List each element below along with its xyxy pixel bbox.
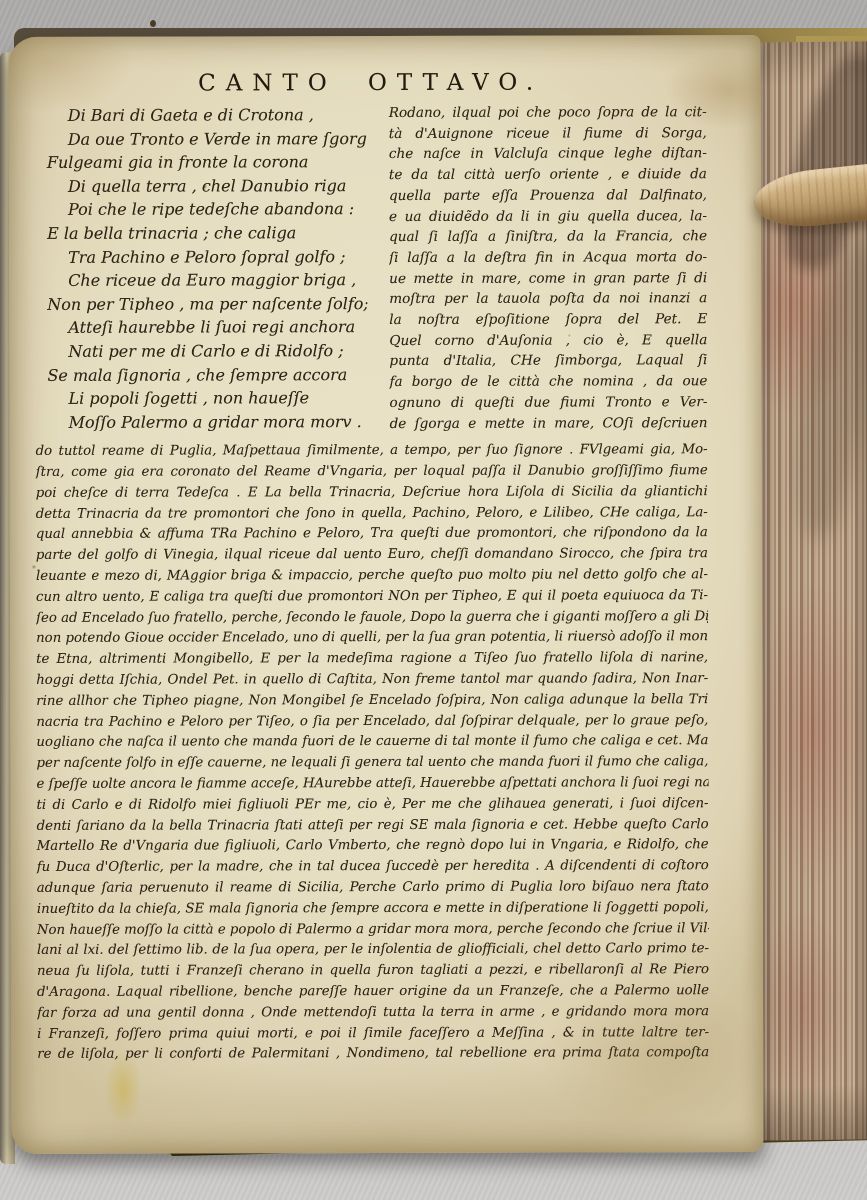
commentary-line: Non haueſſe moſſo la città e popolo di P… <box>37 919 709 942</box>
poem-line: Che riceue da Euro maggior briga , <box>35 268 367 292</box>
poem-line: Non per Tipheo , ma per naſcente ſolfo; <box>35 292 367 316</box>
commentary-line: re de liſola, per li conforti de Palermi… <box>37 1044 709 1067</box>
commentary-line: ti di Carlo e di Ridolfo miei figliuoli … <box>37 794 709 817</box>
commentary-line: do tuttol reame di Puglia, Maſpettaua ſi… <box>36 440 708 463</box>
commentary-line: inueſtito da la chieſa, SE mala ſignoria… <box>37 898 709 921</box>
poem-line: Di Bari di Gaeta e di Crotona , <box>35 103 367 127</box>
poem-column: Di Bari di Gaeta e di Crotona ,Da oue Tr… <box>35 103 368 434</box>
book-page: CANTO OTTAVO. Di Bari di Gaeta e di Crot… <box>9 35 764 1154</box>
photo-background: CANTO OTTAVO. Di Bari di Gaeta e di Crot… <box>0 0 867 1200</box>
commentary-line: i Franzeſi, foſſero prima quiui morti, e… <box>37 1023 709 1046</box>
commentary-line: denti ſariano da la bella Trinacria ſtat… <box>37 815 709 838</box>
poem-line: Da oue Tronto e Verde in mare ſgorga . <box>35 127 367 151</box>
gloss-column: Rodano, ilqual poi che poco ſopra de la … <box>389 102 708 434</box>
commentary-line: qual annebbia & affuma TRa Pachino e Pel… <box>36 524 708 547</box>
poem-line: Li popoli ſogetti , non haueſſe <box>35 386 367 410</box>
poem-line: Fulgeami gia in fronte la corona <box>35 150 367 174</box>
gloss-line: tà d'Auignone riceue il fiume di Sorga, <box>389 123 707 145</box>
commentary-line: hoggi detta Iſchia, Ondel Pet. in quello… <box>36 669 708 692</box>
gloss-line: fa borgo de le città che nomina , da oue <box>389 371 707 393</box>
gloss-line: te da tal città uerſo oriente , e diuide… <box>389 164 707 186</box>
commentary-line: fu Duca d'Oſterlic, per la madre, che in… <box>37 856 709 879</box>
gloss-line: ognuno di queſti due fiumi Tronto e Ver- <box>389 392 707 414</box>
poem-line: Di quella terra , chel Danubio riga <box>35 174 367 198</box>
commentary-line: Martello Re d'Vngaria due figliuoli, Car… <box>37 836 709 859</box>
commentary-line: e ſpeſſe uolte ancora le fiamme acceſe, … <box>36 773 708 796</box>
commentary-line: adunque ſaria peruenuto il reame di Sici… <box>37 877 709 900</box>
dust-speck <box>150 20 156 27</box>
commentary-line: leuante e mezo di, MAggior briga & impac… <box>36 565 708 588</box>
poem-line: Nati per me di Carlo e di Ridolfo ; <box>35 339 367 363</box>
page-text-block: CANTO OTTAVO. Di Bari di Gaeta e di Crot… <box>9 35 764 1154</box>
gloss-line: ue mette in mare, come in gran parte ſi … <box>389 268 707 290</box>
poem-line: Se mala ſignoria , che ſempre accora <box>35 363 367 387</box>
poem-line: Atteſi haurebbe li ſuoi regi anchora <box>35 315 367 339</box>
commentary-line: detta Trinacria da tre promontori che ſo… <box>36 503 708 526</box>
two-column-section: Di Bari di Gaeta e di Crotona ,Da oue Tr… <box>35 102 708 435</box>
poem-line: E la bella trinacria ; che caliga <box>35 221 367 245</box>
gloss-line: la noſtra eſpoſitione ſopra del Pet. E <box>389 309 707 331</box>
gloss-line: ſi laſſa a la deſtra fin in Acqua morta … <box>389 247 707 269</box>
gloss-line: punta d'Italia, CHe ſimborga, Laqual ſi <box>389 351 707 373</box>
commentary-block: do tuttol reame di Puglia, Maſpettaua ſi… <box>36 440 710 1066</box>
commentary-line: ſeo ad Encelado ſuo fratello, perche, ſe… <box>36 607 708 630</box>
commentary-line: nacria tra Pachino e Peloro per Tiſeo, o… <box>36 711 708 734</box>
commentary-line: te Etna, altrimenti Mongibello, E per la… <box>36 648 708 671</box>
gloss-line: Quel corno d'Auſonia , cio è, E quella <box>389 330 707 352</box>
commentary-line: d'Aragona. Laqual ribellione, benche par… <box>37 981 709 1004</box>
gloss-line: e ua diuidẽdo da li in giu quella ducea,… <box>389 206 707 228</box>
commentary-line: neua ſu liſola, tutti i Franzeſi cherano… <box>37 960 709 983</box>
poem-line: Poi che le ripe tedeſche abandona : <box>35 197 367 221</box>
poem-line: Tra Pachino e Peloro ſopral golfo ; <box>35 245 367 269</box>
commentary-line: far forza ad una gentil donna , Onde met… <box>37 1002 709 1025</box>
gloss-line: quella parte eſſa Prouenza dal Dalfinato… <box>389 185 707 207</box>
gloss-line: Rodano, ilqual poi che poco ſopra de la … <box>389 102 707 124</box>
page-title: CANTO OTTAVO. <box>35 67 707 99</box>
commentary-line: cun altro uento, E caliga tra queſti due… <box>36 586 708 609</box>
gloss-line: de ſgorga e mette in mare, COſi deſcriue… <box>390 413 708 435</box>
gloss-line: qual ſi laſſa a ſiniſtra, da la Francia,… <box>389 226 707 248</box>
commentary-line: uogliano che naſca il uento che manda fu… <box>36 732 708 755</box>
gloss-line: moſtra per la tauola poſta da noi inanzi… <box>389 288 707 310</box>
commentary-line: lani al lxi. del ſettimo lib. de la ſua … <box>37 940 709 963</box>
commentary-line: ſtra, come gia era coronato del Reame d'… <box>36 461 708 484</box>
commentary-line: per naſcente ſolfo in eſſe cauerne, ne l… <box>36 752 708 775</box>
commentary-line: non potendo Gioue occider Encelado, uno … <box>36 628 708 651</box>
commentary-line: rine allhor che Tipheo piagne, Non Mongi… <box>36 690 708 713</box>
commentary-line: poi cheſce di terra Tedeſca . E La bella… <box>36 482 708 505</box>
commentary-line: parte del golfo di Vinegia, ilqual riceu… <box>36 544 708 567</box>
gloss-line: che naſce in Valcluſa cinque leghe diſta… <box>389 144 707 166</box>
poem-line: Moſſo Palermo a gridar mora morv . <box>36 410 368 434</box>
